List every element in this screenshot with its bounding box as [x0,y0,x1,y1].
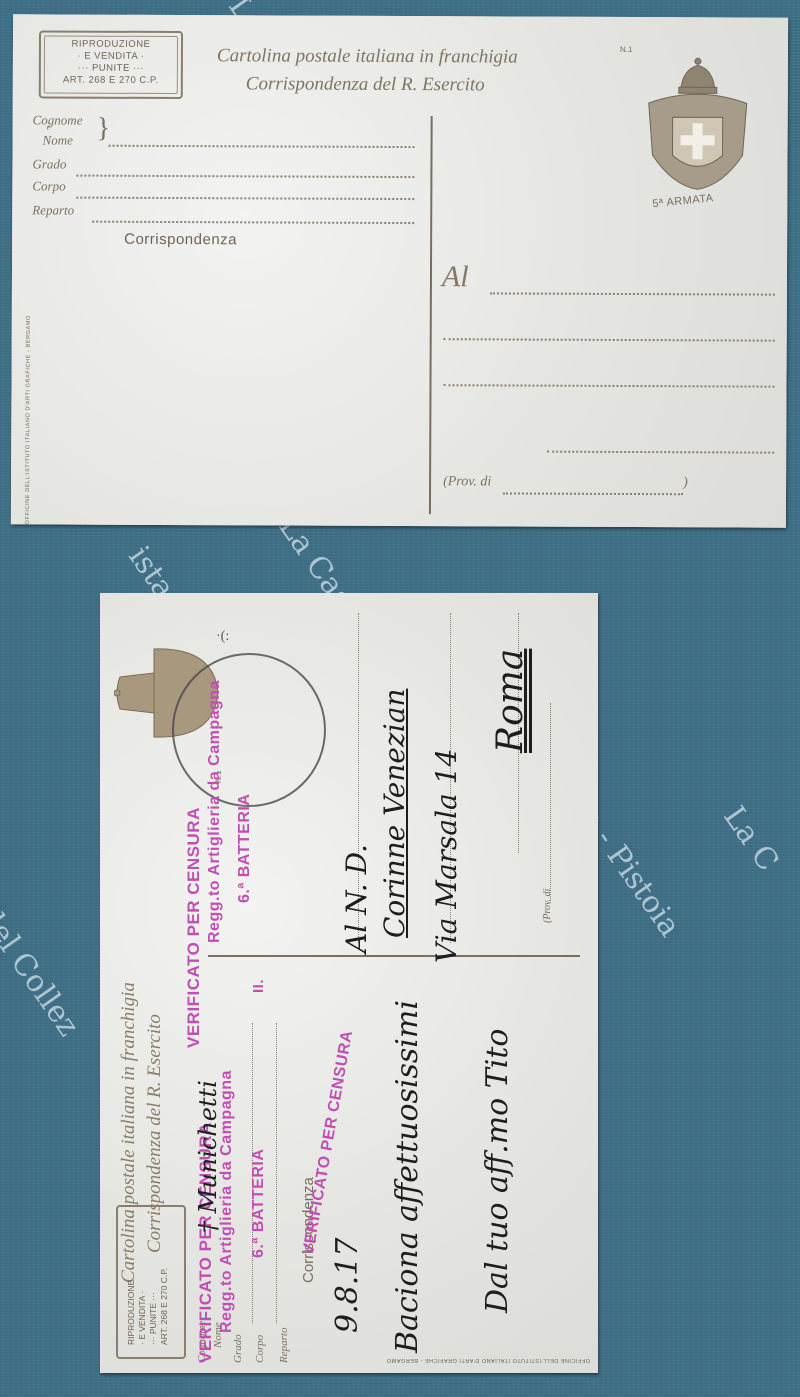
warning-text: RIPRODUZIONE · E VENDITA · ··· PUNITE ··… [126,1268,170,1345]
addressee-prefix: Al N. D. [340,844,373,953]
province-label: (Prov. di [542,889,553,923]
handwritten-sender: † Munichetti [194,1080,222,1233]
field-label-corpo: Corpo [254,1335,266,1363]
field-label-reparto: Reparto [278,1328,290,1363]
divider-line [208,955,580,957]
battery-stamp: 6.ª BATTERIA [236,794,254,903]
roman-numeral-stamp: II. [250,979,267,993]
address-line [443,384,774,387]
warning-line: ART. 268 E 270 C.P. [159,1268,170,1345]
field-label-grado: Grado [232,1334,244,1363]
handwritten-signoff: Dal tuo aff.mo Tito [480,1029,515,1314]
address-line [547,451,774,454]
warning-line: · E VENDITA · [137,1268,148,1345]
card-number: N.1 [620,45,632,54]
province-line [503,492,683,495]
handwritten-date: 9.8.17 [330,1238,365,1333]
title-text: N. D. [340,844,373,915]
province-close: ) [683,475,688,491]
dotted-line [109,145,415,148]
warning-line: RIPRODUZIONE [126,1268,137,1345]
postmark [172,653,326,807]
warning-line: ··· PUNITE ··· [41,62,181,75]
address-line [490,292,775,295]
addressee-city: Roma [490,649,531,753]
censor-stamp: VERIFICATO PER CENSURA [184,807,204,1048]
watermark: del Collez [0,900,86,1043]
printer-imprint: OFFICINE DELL'ISTITUTO ITALIANO D'ARTI G… [25,315,32,524]
printer-imprint: OFFICINE DELL'ISTITUTO ITALIANO D'ARTI G… [386,1357,590,1363]
royal-crest-icon [642,55,753,195]
province-label: (Prov. di [443,474,491,490]
warning-box: RIPRODUZIONE · E VENDITA · ··· PUNITE ··… [39,30,183,99]
addressee-street: Via Marsala 14 [430,749,463,963]
field-label-reparto: Reparto [32,202,74,218]
field-label-grado: Grado [32,156,66,172]
battery-stamp: 6.ª BATTERIA [250,1149,268,1258]
al-text: Al [340,924,373,953]
handwritten-message: Baciona affettuosissimi [390,1000,425,1353]
regiment-stamp: Regg.to Artiglieria da Campagna [206,680,224,943]
postcard-blank: RIPRODUZIONE · E VENDITA · ··· PUNITE ··… [11,14,788,527]
dotted-line [276,1023,277,1323]
card-subtitle: Corrispondenza del R. Esercito [246,73,485,96]
warning-line: ··· PUNITE ··· [148,1268,159,1345]
field-label-nome: Nome [43,132,73,148]
field-label-e: e [47,122,51,131]
postcard-used: ·(: Cartolina postale italiana in franch… [100,593,598,1373]
dotted-line [92,221,414,224]
warning-line: ART. 268 E 270 C.P. [41,74,181,87]
card-title: Cartolina postale italiana in franchigia [217,45,518,68]
dotted-line [76,175,414,178]
field-label-corpo: Corpo [32,178,65,194]
warning-line: RIPRODUZIONE [41,38,181,51]
address-prefix: Al [442,260,469,294]
censor-stamp: VERIFICATO PER CENSURA [300,1029,357,1256]
field-label-cognome: Cognome [33,112,83,128]
warning-line: · E VENDITA · [41,50,181,63]
brace: } [97,115,111,143]
postmark-mark: ·(: [216,629,229,645]
divider-line [429,116,433,514]
address-line [444,338,775,341]
addressee-name: Corinne Venezian [378,689,411,938]
province-line [550,703,551,903]
warning-box: RIPRODUZIONE · E VENDITA · ··· PUNITE ··… [116,1205,186,1359]
watermark: La C [716,800,785,878]
correspondence-label: Corrispondenza [124,231,237,248]
dotted-line [76,197,414,200]
